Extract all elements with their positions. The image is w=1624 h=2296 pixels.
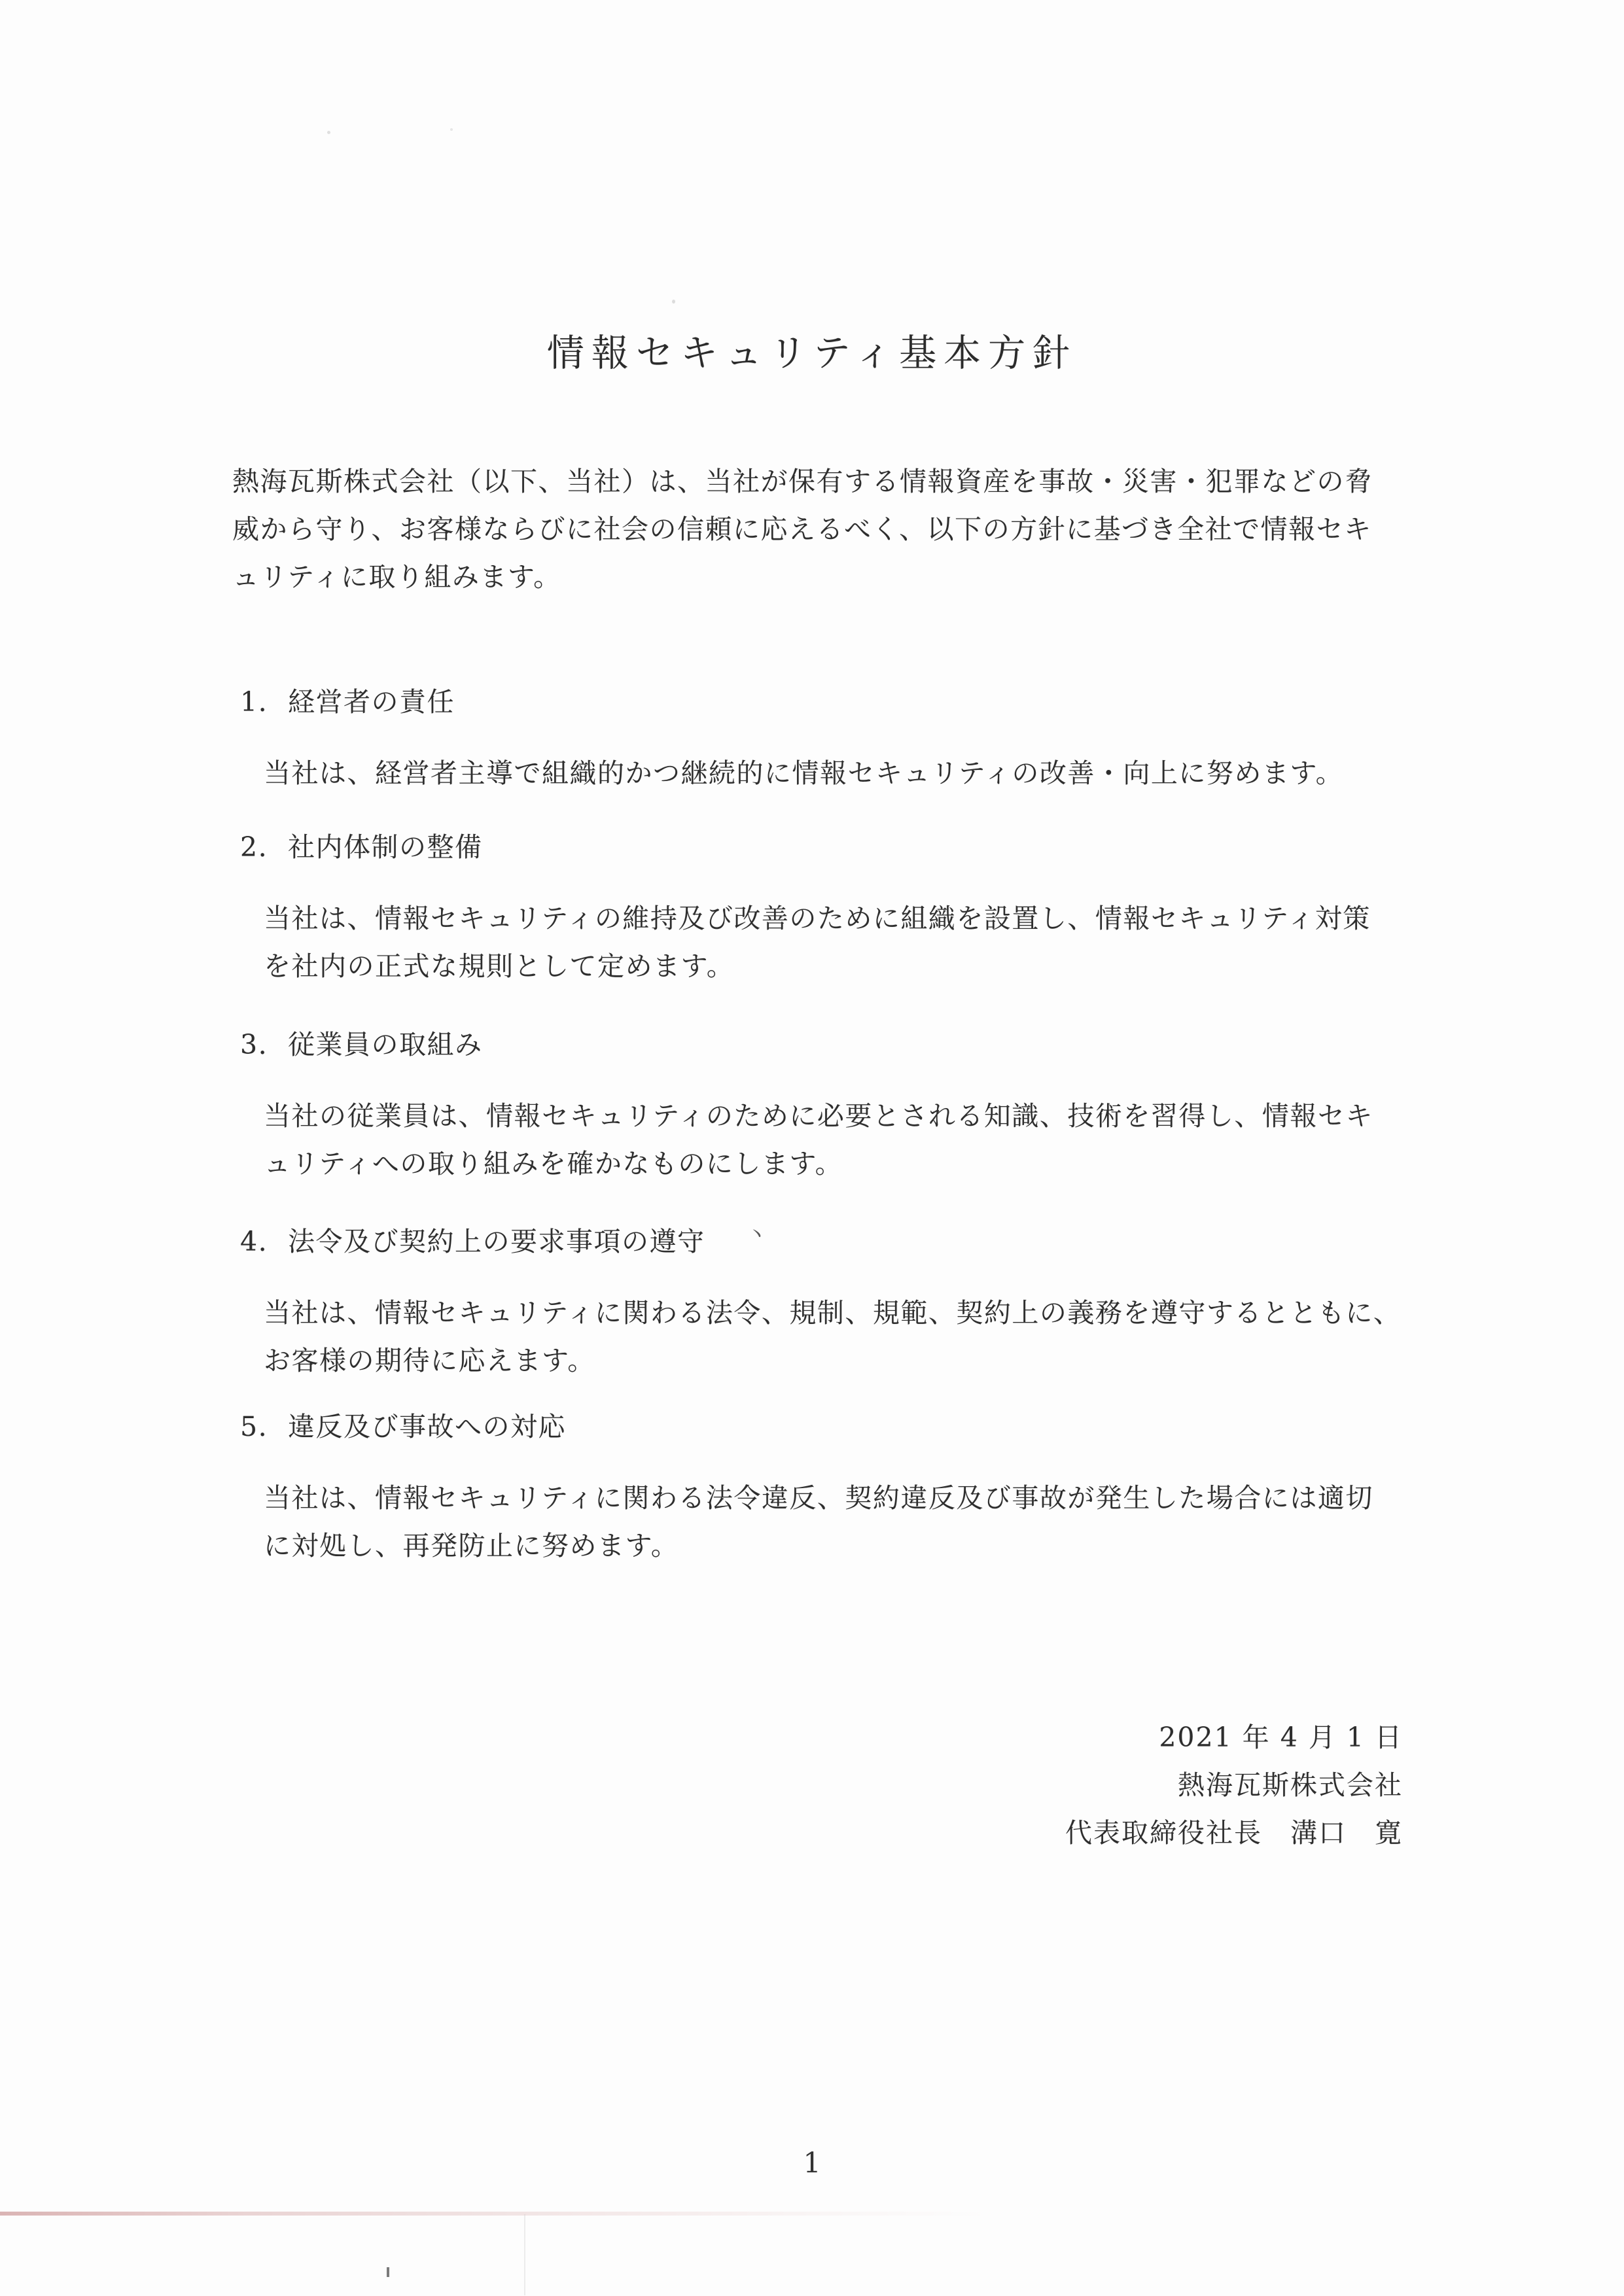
section-3-employee-efforts: 3.従業員の取組み 当社の従業員は、情報セキュリティのために必要とされる知識、技…: [232, 1028, 1417, 1188]
scan-artifact-speck: [672, 300, 675, 304]
scan-artifact-speck: [450, 128, 453, 131]
section-3-body-line-2: ュリティへの取り組みを確かなものにします。: [264, 1148, 843, 1179]
scan-artifact-line: [0, 2212, 988, 2216]
section-5-heading: 5.違反及び事故への対応: [232, 1410, 1417, 1443]
signature-company: 熱海瓦斯株式会社: [1065, 1762, 1403, 1809]
section-4-heading: 4.法令及び契約上の要求事項の遵守丶: [232, 1219, 1417, 1258]
section-2-number: 2.: [240, 831, 288, 863]
section-2-internal-structure: 2.社内体制の整備 当社は、情報セキュリティの維持及び改善のために組織を設置し、…: [232, 831, 1417, 990]
scan-stray-mark: 丶: [747, 1224, 768, 1247]
section-1-heading-text: 経営者の責任: [288, 686, 455, 718]
section-4-heading-text: 法令及び契約上の要求事項の遵守: [288, 1226, 705, 1257]
section-2-heading-text: 社内体制の整備: [288, 831, 483, 863]
section-2-body-line-2: を社内の正式な規則として定めます。: [264, 950, 734, 982]
section-2-heading: 2.社内体制の整備: [232, 831, 1417, 863]
section-1-number: 1.: [240, 686, 288, 718]
scan-artifact-speck: [387, 2267, 389, 2277]
section-3-number: 3.: [240, 1028, 288, 1061]
intro-line-2: 威から守り、お客様ならびに社会の信頼に応えるべく、以下の方針に基づき全社で情報セ…: [232, 513, 1372, 545]
signature-signer: 代表取締役社長 溝口 寛: [1065, 1809, 1403, 1857]
intro-line-1: 熱海瓦斯株式会社（以下、当社）は、当社が保有する情報資産を事故・災害・犯罪などの…: [232, 466, 1373, 497]
scan-artifact-vertical-line: [524, 2214, 525, 2295]
section-5-body-line-2: に対処し、再発防止に努めます。: [264, 1530, 679, 1561]
signature-date: 2021 年 4 月 1 日: [1065, 1714, 1403, 1762]
document-title: 情報セキュリティ基本方針: [0, 323, 1624, 377]
intro-line-3: ュリティに取り組みます。: [232, 561, 561, 593]
scanned-document-page: 情報セキュリティ基本方針 熱海瓦斯株式会社（以下、当社）は、当社が保有する情報資…: [0, 0, 1624, 2296]
section-5-body: 当社は、情報セキュリティに関わる法令違反、契約違反及び事故が発生した場合には適切…: [264, 1474, 1417, 1570]
section-5-number: 5.: [240, 1410, 288, 1443]
section-1-body: 当社は、経営者主導で組織的かつ継続的に情報セキュリティの改善・向上に努めます。: [264, 750, 1417, 797]
scan-artifact-speck: [327, 131, 330, 134]
page-number: 1: [0, 2147, 1624, 2180]
section-4-body: 当社は、情報セキュリティに関わる法令、規制、規範、契約上の義務を遵守するとともに…: [264, 1289, 1417, 1385]
section-5-body-line-1: 当社は、情報セキュリティに関わる法令違反、契約違反及び事故が発生した場合には適切: [264, 1482, 1373, 1514]
section-5-violation-response: 5.違反及び事故への対応 当社は、情報セキュリティに関わる法令違反、契約違反及び…: [232, 1410, 1417, 1570]
section-4-number: 4.: [240, 1225, 288, 1258]
intro-paragraph: 熱海瓦斯株式会社（以下、当社）は、当社が保有する情報資産を事故・災害・犯罪などの…: [232, 458, 1417, 601]
section-3-heading-text: 従業員の取組み: [288, 1029, 483, 1060]
section-3-body: 当社の従業員は、情報セキュリティのために必要とされる知識、技術を習得し、情報セキ…: [264, 1092, 1417, 1188]
section-3-heading: 3.従業員の取組み: [232, 1028, 1417, 1061]
section-1-body-line-1: 当社は、経営者主導で組織的かつ継続的に情報セキュリティの改善・向上に努めます。: [264, 757, 1343, 789]
signature-block: 2021 年 4 月 1 日 熱海瓦斯株式会社 代表取締役社長 溝口 寛: [1065, 1714, 1403, 1857]
section-1-heading: 1.経営者の責任: [232, 686, 1417, 718]
section-5-heading-text: 違反及び事故への対応: [288, 1411, 566, 1442]
section-3-body-line-1: 当社の従業員は、情報セキュリティのために必要とされる知識、技術を習得し、情報セキ: [264, 1100, 1373, 1132]
section-2-body: 当社は、情報セキュリティの維持及び改善のために組織を設置し、情報セキュリティ対策…: [264, 895, 1417, 990]
section-4-legal-compliance: 4.法令及び契約上の要求事項の遵守丶 当社は、情報セキュリティに関わる法令、規制…: [232, 1219, 1417, 1385]
section-1-management-responsibility: 1.経営者の責任 当社は、経営者主導で組織的かつ継続的に情報セキュリティの改善・…: [232, 686, 1417, 797]
section-4-body-line-1: 当社は、情報セキュリティに関わる法令、規制、規範、契約上の義務を遵守するとともに…: [264, 1297, 1401, 1329]
section-2-body-line-1: 当社は、情報セキュリティの維持及び改善のために組織を設置し、情報セキュリティ対策: [264, 903, 1371, 934]
section-4-body-line-2: お客様の期待に応えます。: [264, 1345, 595, 1376]
